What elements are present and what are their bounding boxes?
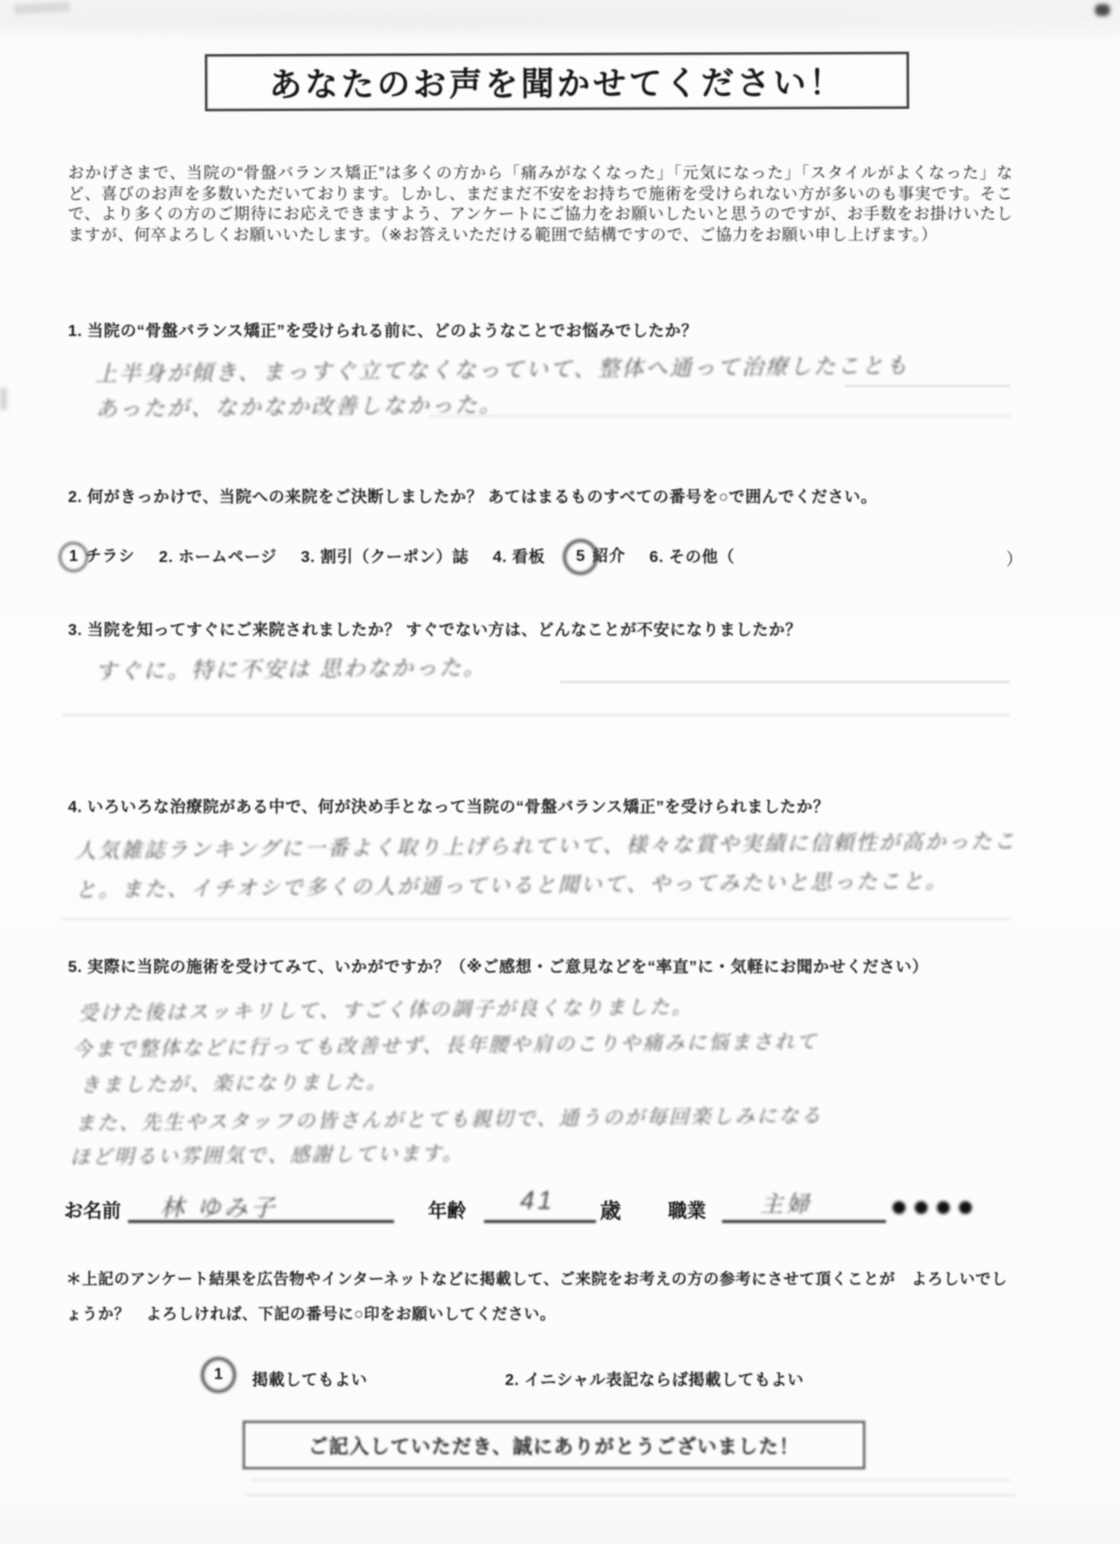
consent-option-2: 2. イニシャル表記ならば掲載してもよい — [505, 1367, 804, 1390]
question-2: 2. 何がきっかけで、当院への来院をご決断しましたか？ あてはまるものすべての番… — [68, 487, 1013, 509]
option-6-other: 6. その他（ — [649, 544, 734, 567]
redaction-marks: ●●●● — [890, 1190, 978, 1224]
scan-shading — [0, 0, 1120, 40]
answer-rule — [62, 714, 1010, 716]
publication-note: ＊上記のアンケート結果を広告物やインターネットなどに掲載して、ご来院をお考えの方… — [66, 1262, 1014, 1332]
option-5-shokai: 5紹介 — [569, 543, 625, 568]
question-5-answer-line-3: きましたが、楽になりました。 — [80, 1063, 600, 1097]
option-4-kanban: 4. 看板 — [493, 544, 545, 567]
question-5-answer-line-2: 今まで整体などに行っても改善せず、長年腰や肩のこりや痛みに悩まされて — [72, 1023, 1022, 1062]
name-handwriting: 林 ゆみ子 — [160, 1188, 278, 1223]
option-2-homepage: 2. ホームページ — [159, 544, 277, 567]
question-5-answer-line-1: 受けた後はスッキリして、すごく体の調子が良くなりました。 — [78, 987, 1008, 1026]
thank-you-box: ご記入していただき、誠にありがとうございました！ — [243, 1421, 865, 1469]
scanned-questionnaire-page: あなたのお声を聞かせてください！ おかげさまで、当院の“骨盤バランス矯正”は多く… — [0, 0, 1120, 1544]
age-handwriting: 41 — [520, 1185, 555, 1216]
question-1: 1. 当院の“骨盤バランス矯正”を受けられる前に、どのようなことでお悩みでしたか… — [68, 321, 1013, 343]
question-5-answer-line-5: ほど明るい雰囲気で、感謝しています。 — [70, 1135, 630, 1170]
answer-rule — [62, 918, 1010, 920]
scan-artifact — [0, 388, 7, 410]
question-3-answer-handwriting: すぐに。特に不安は 思わなかった。 — [95, 649, 615, 685]
scan-line-artifact — [252, 1479, 1010, 1481]
option-6-close-paren: ） — [1006, 545, 1024, 570]
answer-rule — [560, 681, 1010, 683]
option-1-chirashi: 1チラシ — [62, 543, 135, 568]
form-title: あなたのお声を聞かせてください！ — [269, 57, 845, 106]
answer-rule — [845, 385, 1010, 387]
question-4: 4. いろいろな治療院がある中で、何が決め手となって当院の“骨盤バランス矯正”を… — [68, 797, 1013, 819]
intro-paragraph: おかげさまで、当院の“骨盤バランス矯正”は多くの方から「痛みがなくなった」「元気… — [68, 164, 1013, 246]
scan-artifact — [1095, 4, 1110, 16]
question-5: 5. 実際に当院の施術を受けてみて、いかがですか？（※ご感想・ご意見などを“率直… — [68, 957, 1013, 979]
answer-rule — [430, 415, 1010, 417]
age-unit-label: 歳 — [600, 1195, 621, 1225]
question-4-answer-handwriting: 人気雑誌ランキングに一番よく取り上げられていて、様々な賞や実績に信頼性が高かった… — [75, 822, 1026, 910]
handwritten-circle-mark: 5 — [569, 546, 592, 568]
option-3-coupon: 3. 割引（クーポン）誌 — [301, 544, 469, 567]
form-title-box: あなたのお声を聞かせてください！ — [205, 52, 909, 111]
question-5-answer-line-4: また、先生やスタッフの皆さんがとても親切で、通うのが毎回楽しみになる — [75, 1097, 1025, 1136]
consent-option-1-label: 掲載してもよい — [252, 1367, 368, 1390]
question-2-options: 1チラシ 2. ホームページ 3. 割引（クーポン）誌 4. 看板 5紹介 6.… — [62, 543, 1022, 568]
handwritten-circle-mark: 1 — [207, 1364, 230, 1386]
thank-you-text: ご記入していただき、誠にありがとうございました！ — [308, 1431, 799, 1459]
job-handwriting: 主婦 — [760, 1186, 812, 1219]
scan-line-artifact — [246, 1494, 1016, 1496]
question-3: 3. 当院を知ってすぐにご来院されましたか？ すぐでない方は、どんなことが不安に… — [68, 620, 1013, 642]
age-label: 年齢 — [428, 1196, 466, 1223]
consent-option-1: 1 — [207, 1364, 230, 1386]
handwritten-circle-mark: 1 — [62, 546, 85, 568]
name-label: お名前 — [64, 1196, 121, 1223]
job-label: 職業 — [668, 1196, 706, 1223]
